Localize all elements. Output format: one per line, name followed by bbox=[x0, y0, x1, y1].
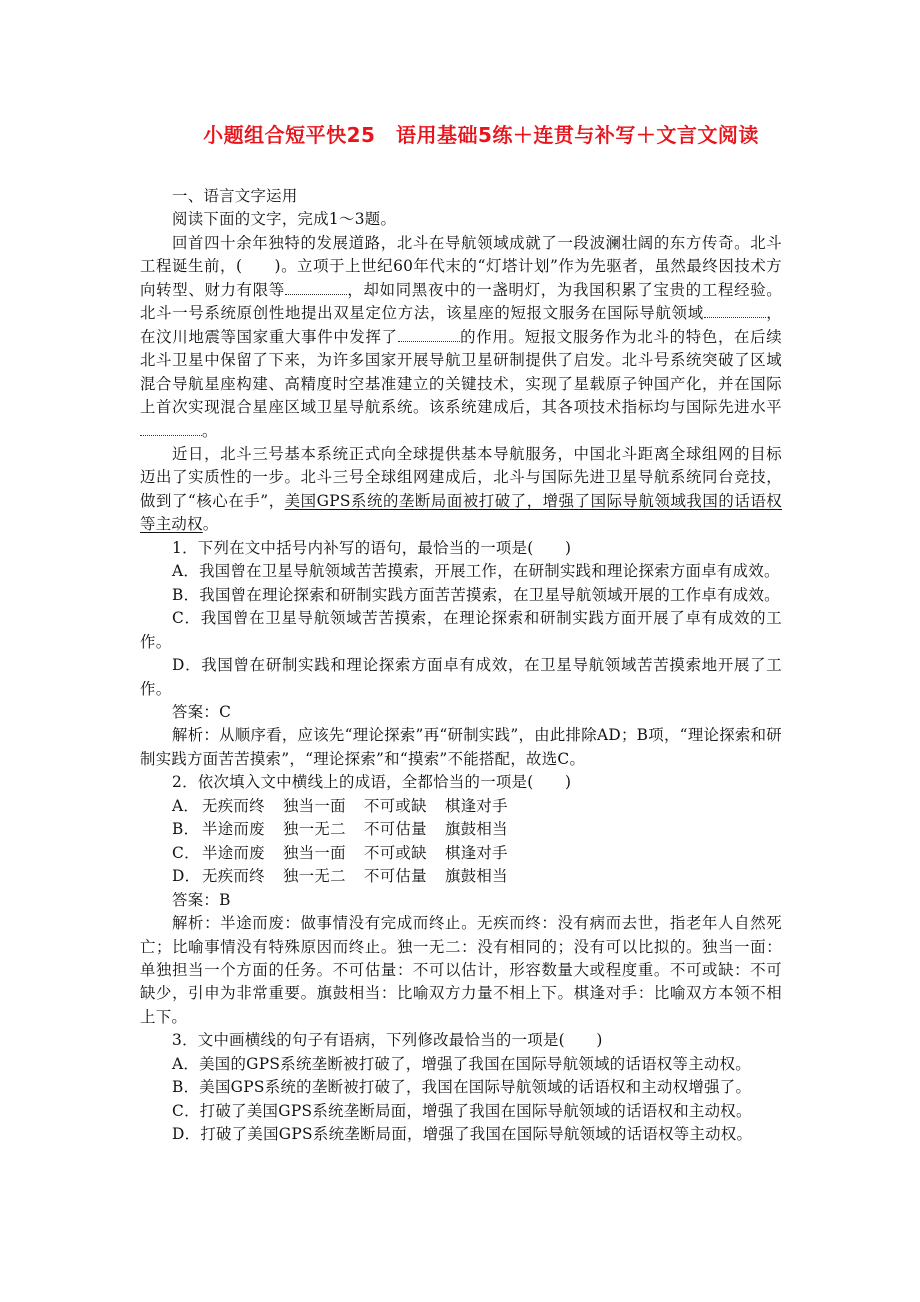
question-3-option-b: B．美国GPS系统的垄断被打破了，我国在国际导航领域的话语权和主动权增强了。 bbox=[140, 1076, 782, 1099]
question-2-answer: 答案：B bbox=[140, 889, 782, 912]
question-3-option-c: C．打破了美国GPS系统垄断局面，增强了我国在国际导航领域的话语权和主动权。 bbox=[140, 1100, 782, 1123]
document-body: 一、语言文字运用 阅读下面的文字，完成1～3题。 回首四十余年独特的发展道路，北… bbox=[140, 185, 782, 1147]
question-1-option-b: B．我国曾在理论探索和研制实践方面苦苦摸索，在卫星导航领域开展的工作卓有成效。 bbox=[140, 584, 782, 607]
question-3-stem: 3．文中画横线的句子有语病，下列修改最恰当的一项是( ) bbox=[140, 1029, 782, 1052]
fill-blank-4 bbox=[140, 421, 202, 436]
question-1-option-c: C．我国曾在卫星导航领域苦苦摸索，在理论探索和研制实践方面开展了卓有成效的工作。 bbox=[140, 607, 782, 654]
page-title: 小题组合短平快25 语用基础5练＋连贯与补写＋文言文阅读 bbox=[0, 119, 920, 148]
section-heading: 一、语言文字运用 bbox=[140, 185, 782, 208]
question-1-stem: 1．下列在文中括号内补写的语句，最恰当的一项是( ) bbox=[140, 537, 782, 560]
question-3-option-a: A．美国的GPS系统垄断被打破了，增强了我国在国际导航领域的话语权等主动权。 bbox=[140, 1053, 782, 1076]
question-1-option-a: A．我国曾在卫星导航领域苦苦摸索，开展工作，在研制实践和理论探索方面卓有成效。 bbox=[140, 560, 782, 583]
instruction: 阅读下面的文字，完成1～3题。 bbox=[140, 208, 782, 231]
question-2-stem: 2．依次填入文中横线上的成语，全都恰当的一项是( ) bbox=[140, 771, 782, 794]
question-3-option-d: D．打破了美国GPS系统垄断局面，增强了我国在国际导航领域的话语权等主动权。 bbox=[140, 1123, 782, 1146]
question-2-analysis: 解析：半途而废：做事情没有完成而终止。无疾而终：没有病而去世，指老年人自然死亡；… bbox=[140, 912, 782, 1029]
passage-paragraph-1: 回首四十余年独特的发展道路，北斗在导航领域成就了一段波澜壮阔的东方传奇。北斗工程… bbox=[140, 232, 782, 443]
fill-blank-3 bbox=[398, 327, 460, 342]
question-1-option-d: D．我国曾在研制实践和理论探索方面卓有成效，在卫星导航领域苦苦摸索地开展了工作。 bbox=[140, 654, 782, 701]
question-2-option-c: C． 半途而废 独当一面 不可或缺 棋逢对手 bbox=[140, 842, 782, 865]
passage-paragraph-2: 近日，北斗三号基本系统正式向全球提供基本导航服务，中国北斗距离全球组网的目标迈出… bbox=[140, 443, 782, 537]
question-2-option-a: A． 无疾而终 独当一面 不可或缺 棋逢对手 bbox=[140, 795, 782, 818]
question-2-option-d: D． 无疾而终 独一无二 不可估量 旗鼓相当 bbox=[140, 865, 782, 888]
question-1-analysis: 解析：从顺序看，应该先“理论探索”再“研制实践”，由此排除AD；B项，“理论探索… bbox=[140, 724, 782, 771]
question-1-answer: 答案：C bbox=[140, 701, 782, 724]
fill-blank-2 bbox=[704, 303, 766, 318]
fill-blank-1 bbox=[285, 280, 347, 295]
question-2-option-b: B． 半途而废 独一无二 不可估量 旗鼓相当 bbox=[140, 818, 782, 841]
